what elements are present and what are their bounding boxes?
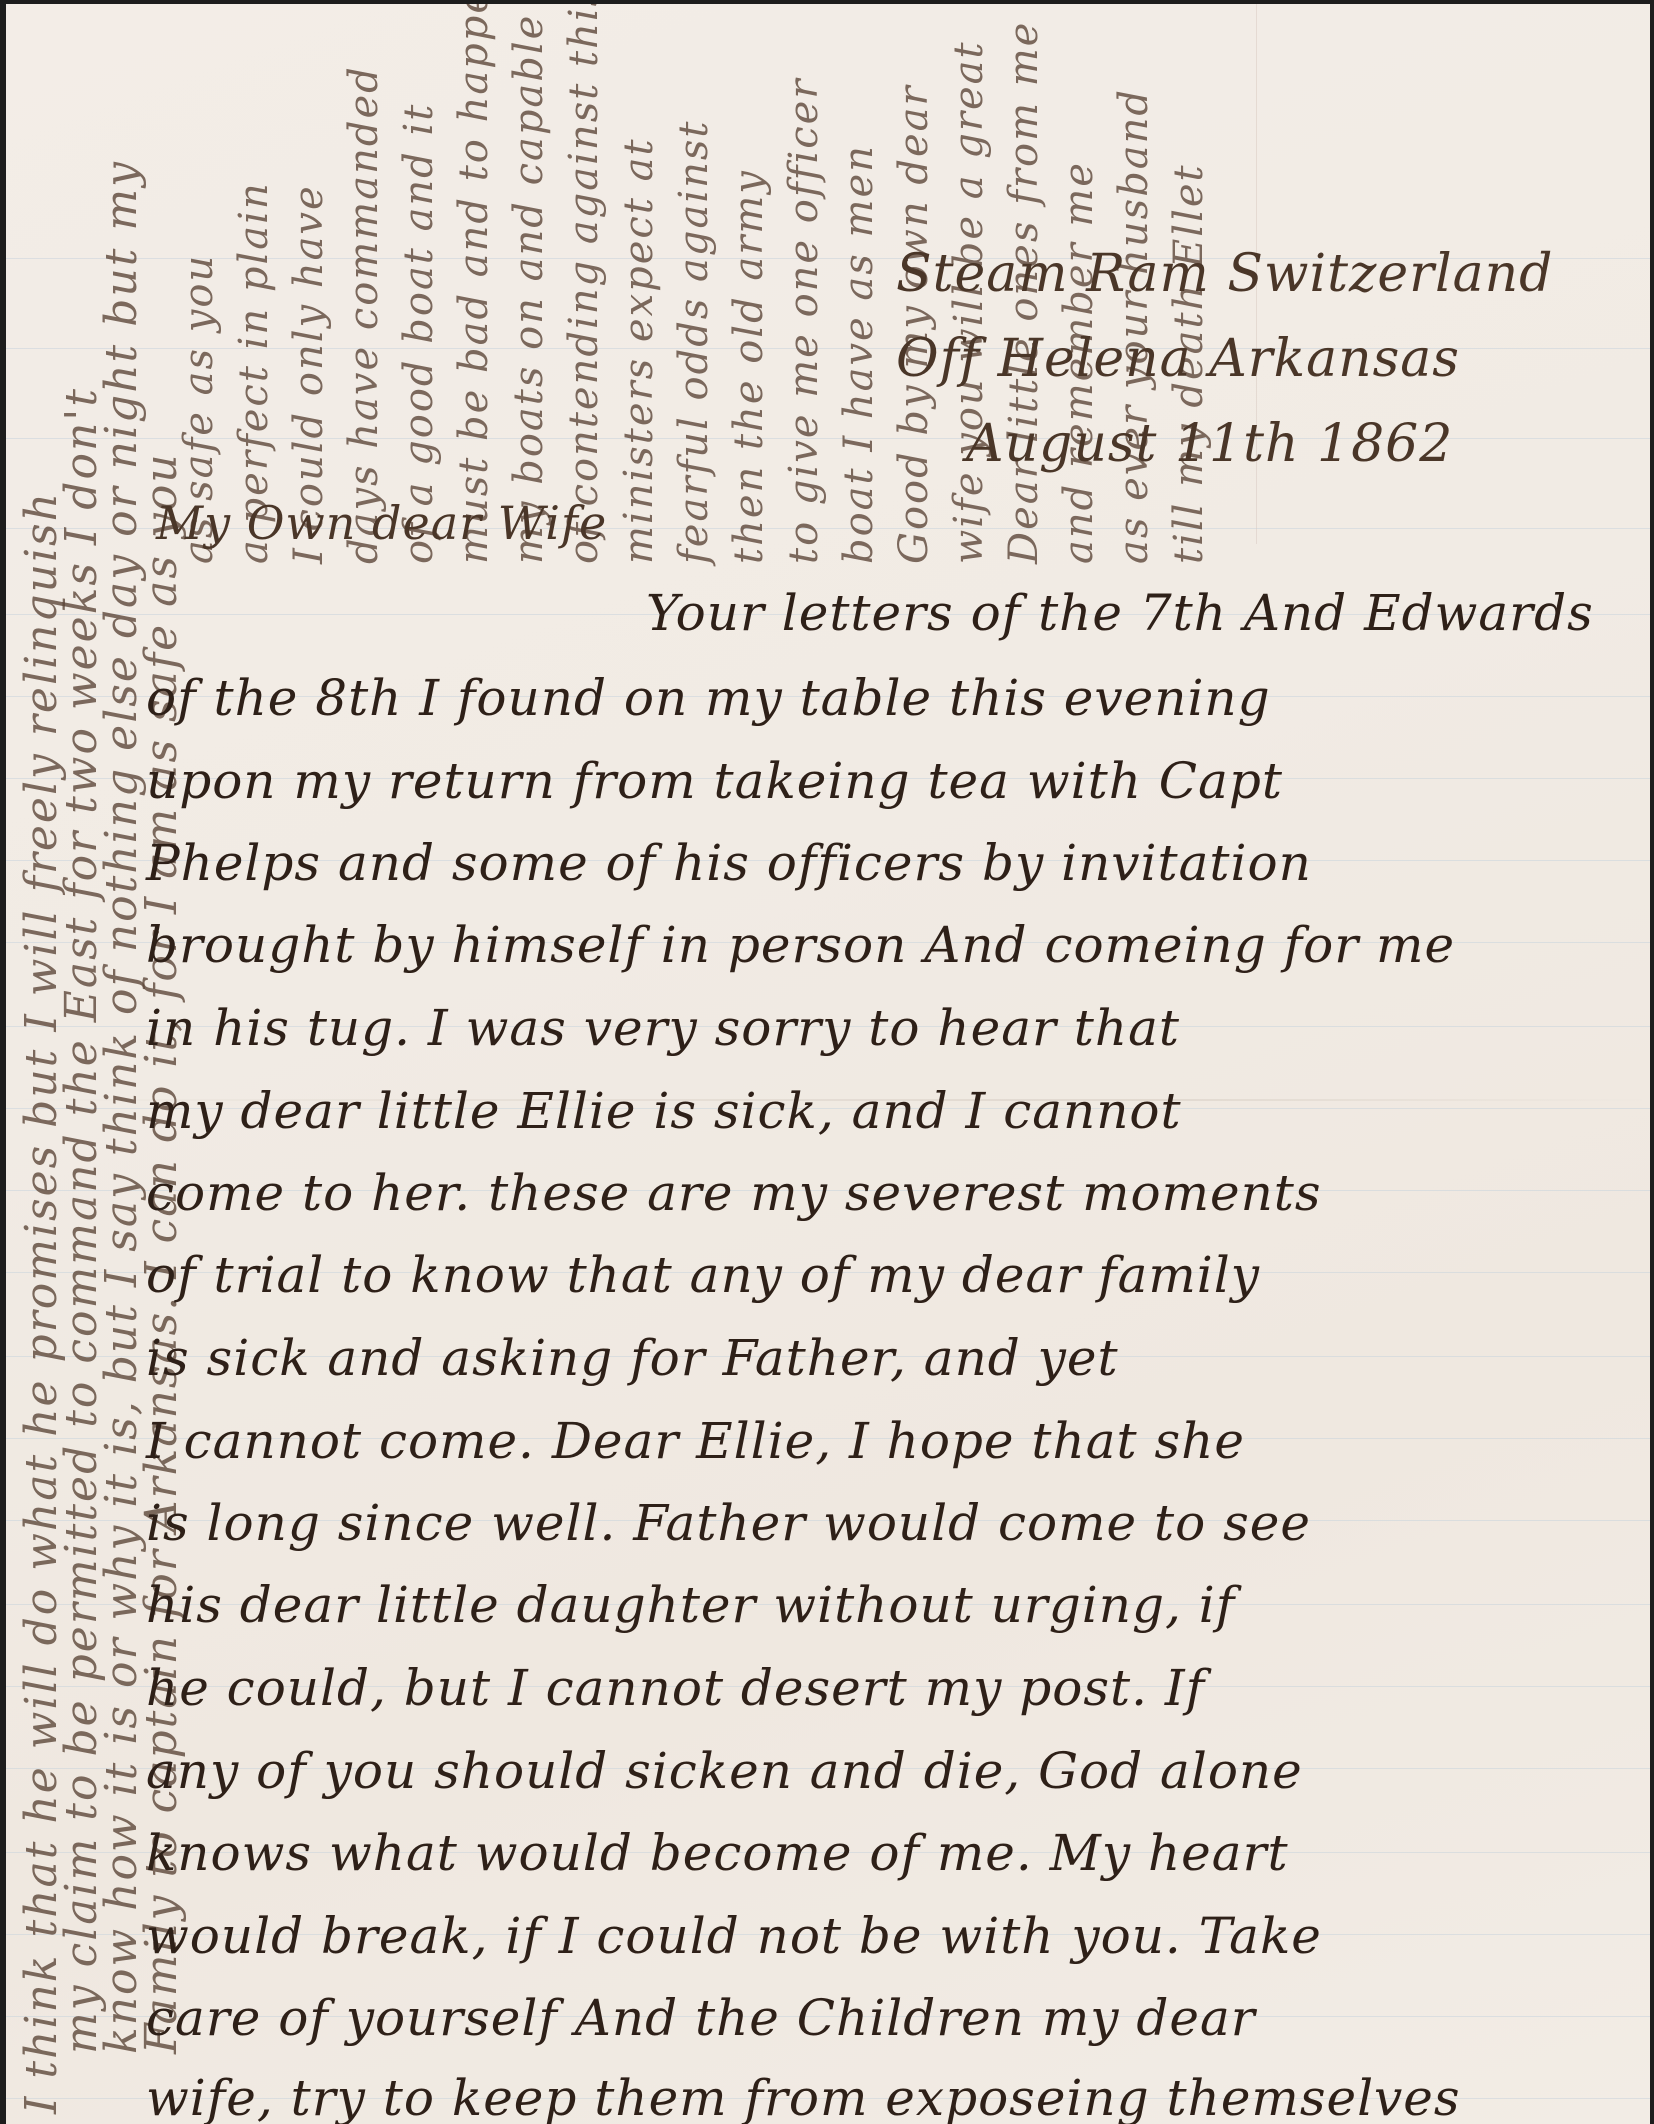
letter-page: I think that he will do what he promises… [6, 4, 1650, 2124]
body-line: is sick and asking for Father, and yet [146, 1329, 1119, 1387]
body-line: I cannot come. Dear Ellie, I hope that s… [146, 1412, 1245, 1470]
salutation: My Own dear Wife [156, 496, 607, 550]
body-line: come to her. these are my severest momen… [146, 1164, 1322, 1222]
cross-line: fearful odds against [671, 119, 717, 564]
cross-line: days have commanded [341, 65, 387, 564]
cross-line: must be bad and to happen [451, 4, 497, 564]
cross-line: of a good boat and it [396, 103, 442, 564]
cross-line: Good by my own dear [891, 84, 937, 564]
body-line: in his tug. I was very sorry to hear tha… [146, 999, 1180, 1057]
body-line: brought by himself in person And comeing… [146, 916, 1455, 974]
body-line: his dear little daughter without urging,… [146, 1576, 1235, 1634]
body-line: any of you should sicken and die, God al… [146, 1742, 1303, 1800]
cross-line: of contending against this [561, 4, 607, 564]
body-line: upon my return from takeing tea with Cap… [146, 752, 1283, 810]
body-line: my dear little Ellie is sick, and I cann… [146, 1082, 1182, 1140]
body-line: is long since well. Father would come to… [146, 1494, 1311, 1552]
heading-date: August 11th 1862 [966, 414, 1453, 474]
cross-written-left-margin: I think that he will do what he promises… [16, 34, 196, 2114]
body-line: care of yourself And the Children my dea… [146, 1989, 1256, 2047]
body-line: would break, if I could not be with you.… [146, 1907, 1322, 1965]
cross-line: my boats on and capable [506, 14, 552, 564]
body-line: Your letters of the 7th And Edwards [646, 584, 1594, 642]
cross-line: as ever your husband [1111, 88, 1157, 564]
cross-line: then the old army [726, 169, 772, 564]
body-line: Phelps and some of his officers by invit… [146, 834, 1312, 892]
heading-vessel: Steam Ram Switzerland [896, 244, 1553, 304]
body-line: wife, try to keep them from exposeing th… [146, 2069, 1461, 2124]
body-line: knows what would become of me. My heart [146, 1824, 1289, 1882]
scan-border-right [1650, 0, 1654, 2124]
heading-location: Off Helena Arkansas [896, 329, 1460, 389]
body-line: he could, but I cannot desert my post. I… [146, 1659, 1205, 1717]
cross-line: ministers expect at [616, 137, 662, 564]
cross-line: boat I have as men [836, 144, 882, 564]
cross-line: to give me one officer [781, 78, 827, 564]
body-line: of trial to know that any of my dear fam… [146, 1246, 1260, 1304]
body-line: of the 8th I found on my table this even… [146, 669, 1271, 727]
